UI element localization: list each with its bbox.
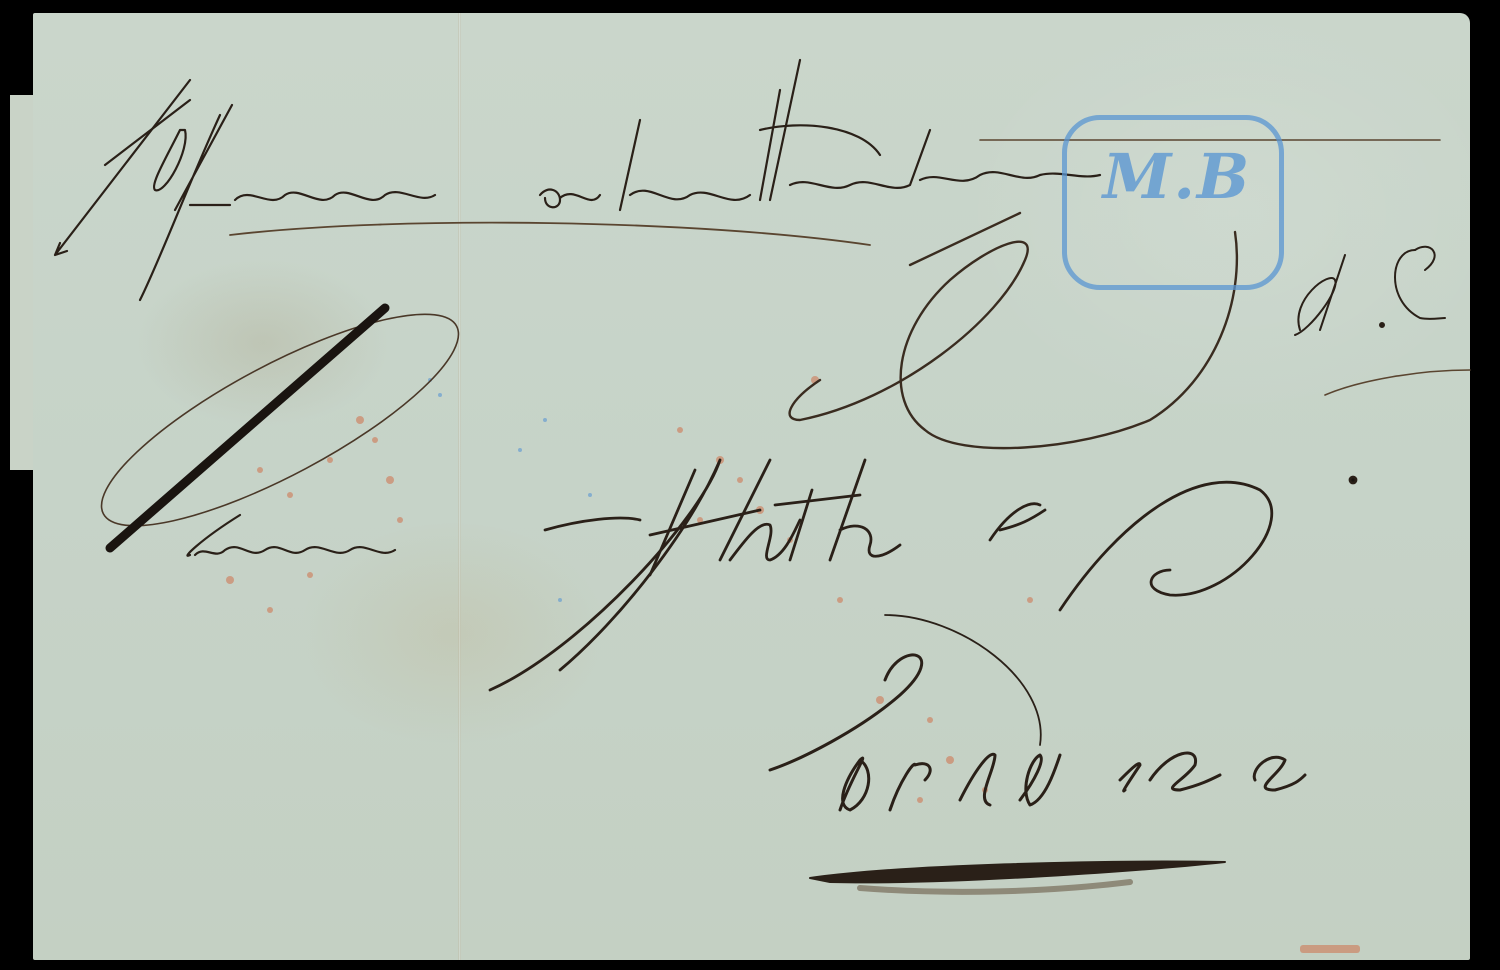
corner-note-ne xyxy=(1295,247,1470,395)
addressee-line2 xyxy=(770,615,1305,810)
addressee-line1 xyxy=(490,460,1356,690)
underline-flourish xyxy=(230,223,870,245)
left-word-premium xyxy=(187,515,395,556)
blue-specks xyxy=(428,378,592,602)
photo-background: M.B p. Steamer on Southampton 6 1 Premiu… xyxy=(0,0,1500,970)
mb-handstamp-text: M.B xyxy=(1092,140,1262,213)
left-marking-1 xyxy=(110,308,385,548)
underline-stroke xyxy=(810,862,1225,883)
